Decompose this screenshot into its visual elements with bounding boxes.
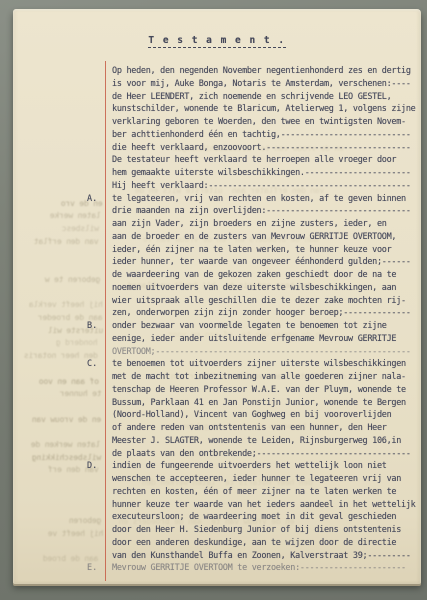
line-text: verklaring geboren te Woerden, den twee … [112,117,406,127]
bleed-through-text: laten werke [50,210,101,221]
line-text: door den Heer H. Siedenburg Junior of bi… [112,525,401,535]
line-text: die heeft verklaard, enzoovoort.--------… [112,143,411,153]
bleed-through-text: geboren [69,515,101,526]
document-line: zen, onderworpen zijn zijn zonder hooger… [112,307,422,320]
document-line: door den Heer H. Siedenburg Junior of bi… [112,524,422,537]
line-text: OVERTOOM;-------------------------------… [112,347,411,357]
line-text: Meester J. SLAGTER, wonende te Leiden, R… [112,436,401,446]
document-line: E.Mevrouw GERRITJE OVERTOOM te verzoeken… [112,562,422,575]
line-text: te benoemen tot uitvoerders zijner uiter… [112,359,406,369]
document-line: executeursloon; de waardeering moet in d… [112,511,422,524]
line-text: noemen uitvoerders van deze uiterste wil… [112,283,396,293]
line-text: ber achttienhonderd één en tachtig,-----… [112,130,411,140]
line-text: De testateur heeft verklaard te herroepe… [112,155,396,165]
line-text: ieder, één zijner na te laten werken, te… [112,245,391,255]
line-text: drie maanden na zijn overlijden:--------… [112,206,411,216]
line-text: de waardeering van de gekozen zaken gesc… [112,270,396,280]
document-line: Hij heeft verklaard:--------------------… [112,180,422,193]
document-line: met de macht tot inbezitneming van alle … [112,371,422,384]
document-line: rechten en kosten, één of meer zijner na… [112,486,422,499]
line-text: hem gemaakte uiterste wilsbeschikkingen.… [112,168,411,178]
bleed-through-text: hij heeft ve [48,528,103,539]
line-text: ieder hunner, ter waarde van ongeveer éé… [112,257,411,267]
line-text: te legateeren, vrij van rechten en koste… [112,194,406,204]
document-line: B.onder bezwaar van voormelde legaten te… [112,320,422,333]
line-text: wenschen te accepteeren, ieder hunner te… [112,474,401,484]
line-text: aan zijn Vader, zijn broeders en zijne z… [112,219,387,229]
line-text: kunstschilder, wonende te Blaricum, Atel… [112,104,416,114]
bleed-through-text: wilsbesc [62,223,99,234]
document-line: hunner keuze ter waarde van het ieders a… [112,499,422,512]
document-line: kunstschilder, wonende te Blaricum, Atel… [112,103,422,116]
title-row: T e s t a m e n t . [13,28,421,48]
line-text: onder bezwaar van voormelde legaten te b… [112,321,387,331]
line-text: Hij heeft verklaard:--------------------… [112,181,411,191]
clause-marker: C. [87,358,97,371]
line-text: tenschap de Heeren Professor W.A.E. van … [112,385,406,395]
margin-rule-line [105,61,106,581]
document-line: Meester J. SLAGTER, wonende te Leiden, R… [112,435,422,448]
document-line: wier uitspraak alle geschillen die te de… [112,295,422,308]
line-text: van den Kunsthandel Buffa en Zoonen, Kal… [112,551,411,561]
document-line: Bussum, Parklaan 41 en Jan Ponstijn Juni… [112,397,422,410]
document-title: T e s t a m e n t . [148,35,285,48]
line-text: zen, onderworpen zijn zijn zonder hooger… [112,308,411,318]
clause-marker: A. [87,193,97,206]
clause-marker: D. [87,460,97,473]
document-line: verklaring geboren te Woerden, den twee … [112,116,422,129]
document-line: (Noord-Holland), Vincent van Goghweg en … [112,409,422,422]
line-text: eenige, ieder ander uitsluitende erfgena… [112,334,396,344]
line-text: rechten en kosten, één of meer zijner na… [112,487,396,497]
line-text: Mevrouw GERRITJE OVERTOOM te verzoeken:-… [112,563,406,573]
clause-marker: B. [87,320,97,333]
line-text: aan de broeder en de zusters van Mevrouw… [112,232,396,242]
document-line: wenschen te accepteeren, ieder hunner te… [112,473,422,486]
document-line: de waardeering van de gekozen zaken gesc… [112,269,422,282]
document-line: ieder hunner, ter waarde van ongeveer éé… [112,256,422,269]
document-line: ieder, één zijner na te laten werken, te… [112,244,422,257]
bleed-through-text: en de vrouw van [32,414,101,425]
document-line: eenige, ieder ander uitsluitende erfgena… [112,333,422,346]
line-text: Op heden, den negenden November negentie… [112,66,411,76]
line-text: met de macht tot inbezitneming van alle … [112,372,406,382]
document-line: OVERTOOM;-------------------------------… [112,346,422,359]
line-text: wier uitspraak alle geschillen die te de… [112,296,406,306]
clause-marker: E. [87,562,97,575]
bleed-through-text: te hunner [60,388,102,399]
document-line: C.te benoemen tot uitvoerders zijner uit… [112,358,422,371]
document-line: de plaats van den ontbrekende;----------… [112,448,422,461]
document-line: de Heer LEENDERT, zich noemende en schri… [112,91,422,104]
line-text: indien de fungeerende uitvoerders het we… [112,461,387,471]
document-line: De testateur heeft verklaard te herroepe… [112,154,422,167]
document-line: aan de broeder en de zusters van Mevrouw… [112,231,422,244]
document-body: Op heden, den negenden November negentie… [112,65,422,575]
line-text: hunner keuze ter waarde van het ieders a… [112,500,416,510]
line-text: executeursloon; de waardeering moet in d… [112,512,396,522]
document-line: ber achttienhonderd één en tachtig,-----… [112,129,422,142]
bleed-through-text: honderd g [56,337,98,348]
bleed-through-text: geboren te w [45,274,100,285]
line-text: de plaats van den ontbrekende;----------… [112,449,411,459]
document-page: en de vrolaten werkewilsbescvan den erfl… [13,9,421,584]
document-line: Op heden, den negenden November negentie… [112,65,422,78]
line-text: de Heer LEENDERT, zich noemende en schri… [112,92,391,102]
document-line: is voor mij, Auke Bonga, Notaris te Amst… [112,78,422,91]
photo-background: en de vrolaten werkewilsbescvan den erfl… [0,0,427,600]
line-text: of andere reden van ontstentenis van een… [112,423,387,433]
document-line: aan zijn Vader, zijn broeders en zijne z… [112,218,422,231]
line-text: Bussum, Parklaan 41 en Jan Ponstijn Juni… [112,398,406,408]
document-line: drie maanden na zijn overlijden:--------… [112,205,422,218]
document-line: door een anderen deskundige, aan te wijz… [112,537,422,550]
bleed-through-text: laten werken de [31,439,100,450]
line-text: is voor mij, Auke Bonga, Notaris te Amst… [112,79,411,89]
document-line: noemen uitvoerders van deze uiterste wil… [112,282,422,295]
document-line: of andere reden van ontstentenis van een… [112,422,422,435]
document-line: tenschap de Heeren Professor W.A.E. van … [112,384,422,397]
document-line: D.indien de fungeerende uitvoerders het … [112,460,422,473]
document-line: A.te legateeren, vrij van rechten en kos… [112,193,422,206]
bleed-through-text: van den erflat [34,236,99,247]
document-line: die heeft verklaard, enzoovoort.--------… [112,142,422,155]
line-text: (Noord-Holland), Vincent van Goghweg en … [112,410,391,420]
bleed-through-text: of aan en voo [39,376,99,387]
line-text: door een anderen deskundige, aan te wijz… [112,538,396,548]
document-line: hem gemaakte uiterste wilsbeschikkingen.… [112,167,422,180]
bleed-through-text: hij heeft verkla [29,299,103,310]
document-line: van den Kunsthandel Buffa en Zoonen, Kal… [112,550,422,563]
